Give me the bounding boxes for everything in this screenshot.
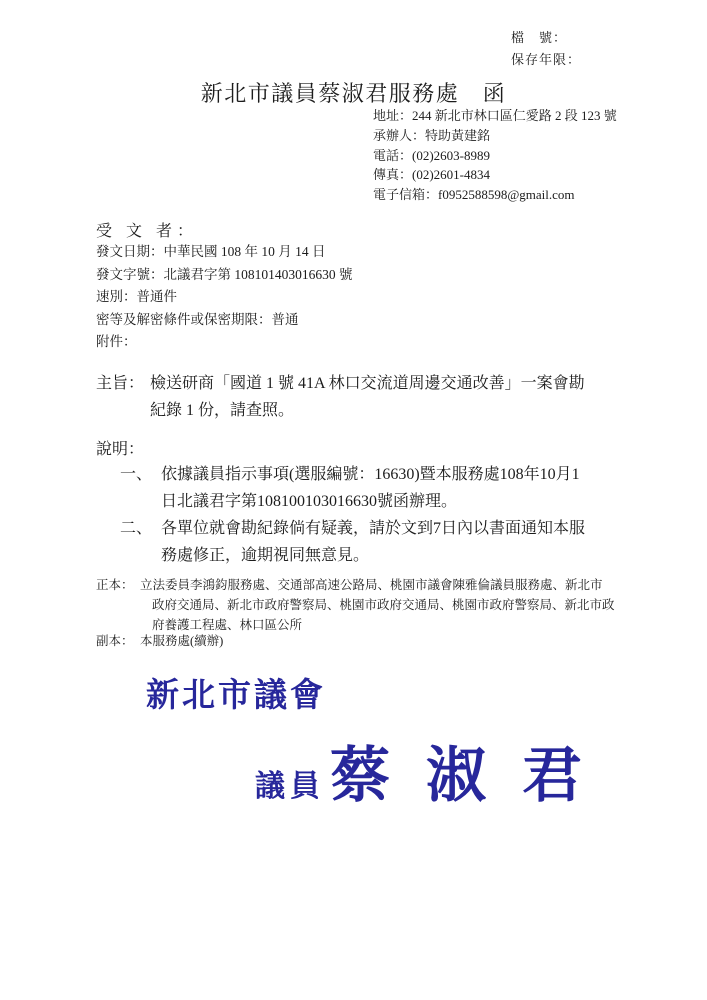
original-recipients: 立法委員李鴻鈞服務處、交通部高速公路局、桃園市議會陳雅倫議員服務處、新北市 政府…: [152, 575, 634, 635]
explanation-label: 說明：: [96, 437, 144, 463]
original-recipients-label: 正本：: [96, 575, 134, 595]
attachment-label: 附件：: [96, 331, 353, 354]
recipient-label: 受 文 者：: [96, 218, 198, 241]
security-class: 密等及解密條件或保密期限：普通: [96, 309, 353, 332]
explanation-item: 二、 各單位就會勘紀錄倘有疑義，請於文到7日內以書面通知本服 務處修正，逾期視同…: [120, 515, 632, 569]
sender-fax: 傳真：(02)2601-4834: [373, 165, 617, 185]
subject-text: 檢送研商「國道 1 號 41A 林口交流道周邊交通改善」一案會勘 紀錄 1 份，…: [150, 370, 605, 424]
sender-email: 電子信箱：f0952588598@gmail.com: [373, 185, 617, 205]
copy-recipients: 本服務處(續辦): [140, 631, 223, 651]
signature-councilor-name: 蔡淑君: [330, 728, 618, 814]
sender-address: 地址：244 新北市林口區仁愛路 2 段 123 號: [373, 106, 617, 126]
issue-date: 發文日期：中華民國 108 年 10 月 14 日: [96, 241, 353, 264]
item-text: 各單位就會勘紀錄倘有疑義，請於文到7日內以書面通知本服 務處修正，逾期視同無意見…: [161, 515, 632, 569]
document-number: 發文字號：北議君字第 108101403016630 號: [96, 264, 353, 287]
document-title: 新北市議員蔡淑君服務處 函: [0, 77, 707, 108]
sender-info-block: 地址：244 新北市林口區仁愛路 2 段 123 號 承辦人：特助黃建銘 電話：…: [373, 106, 617, 205]
subject-section: 主旨： 檢送研商「國道 1 號 41A 林口交流道周邊交通改善」一案會勘 紀錄 …: [96, 370, 605, 424]
signature-councilor-title: 議員: [255, 761, 325, 805]
item-marker: 一、: [120, 461, 152, 488]
explanation-list: 一、 依據議員指示事項(選服編號：16630)暨本服務處108年10月1 日北議…: [120, 461, 632, 569]
official-letter-page: 檔 號： 保存年限： 新北市議員蔡淑君服務處 函 地址：244 新北市林口區仁愛…: [0, 0, 707, 1000]
speed-class: 速別：普通件: [96, 286, 353, 309]
file-number-block: 檔 號： 保存年限：: [511, 27, 581, 71]
sender-contact-person: 承辦人：特助黃建銘: [373, 126, 617, 146]
subject-label: 主旨：: [96, 370, 150, 424]
explanation-item: 一、 依據議員指示事項(選服編號：16630)暨本服務處108年10月1 日北議…: [120, 461, 632, 515]
retention-period-label: 保存年限：: [511, 49, 581, 71]
file-number-label: 檔 號：: [511, 27, 581, 49]
signature-council-stamp: 新北市議會: [146, 669, 326, 716]
copy-recipients-label: 副本：: [96, 631, 134, 651]
document-meta-block: 發文日期：中華民國 108 年 10 月 14 日 發文字號：北議君字第 108…: [96, 241, 353, 354]
sender-phone: 電話：(02)2603-8989: [373, 146, 617, 166]
item-text: 依據議員指示事項(選服編號：16630)暨本服務處108年10月1 日北議君字第…: [161, 461, 632, 515]
item-marker: 二、: [120, 515, 152, 542]
